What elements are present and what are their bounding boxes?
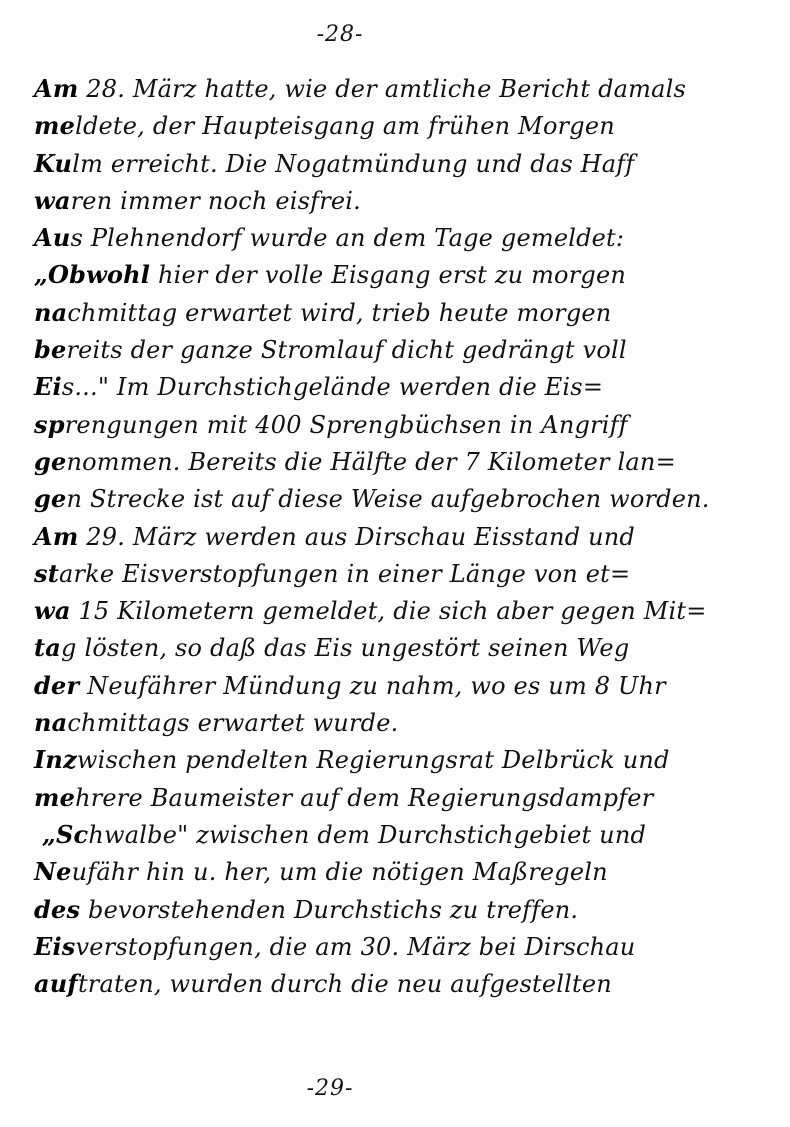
page-number-bottom: -29- <box>0 1076 660 1101</box>
line-lead: „Sc <box>42 820 88 849</box>
line-lead: „Obwohl <box>34 260 150 289</box>
line-lead: wa <box>34 186 71 215</box>
line-text: Neufährer Mündung zu nahm, wo es um 8 Uh… <box>79 672 666 700</box>
text-line: nachmittags erwartet wurde. <box>34 704 754 741</box>
text-line: Kulm erreicht. Die Nogatmündung und das … <box>34 145 754 182</box>
text-line: genommen. Bereits die Hälfte der 7 Kilom… <box>34 443 754 480</box>
text-line: „Schwalbe" zwischen dem Durchstichgebiet… <box>34 816 754 853</box>
text-line: gen Strecke ist auf diese Weise aufgebro… <box>34 480 754 517</box>
line-text: s Plehnendorf wurde an dem Tage gemeldet… <box>70 224 624 252</box>
line-lead: Au <box>34 223 70 252</box>
line-text: hier der volle Eisgang erst zu morgen <box>150 261 626 289</box>
text-line: mehrere Baumeister auf dem Regierungsdam… <box>34 779 754 816</box>
handwritten-text-block: Am 28. März hatte, wie der amtliche Beri… <box>34 70 754 1002</box>
text-line: tag lösten, so daß das Eis ungestört sei… <box>34 629 754 666</box>
text-line: Am 28. März hatte, wie der amtliche Beri… <box>34 70 754 107</box>
line-lead: ge <box>34 484 66 513</box>
line-text: hrere Baumeister auf dem Regierungsdampf… <box>75 784 653 812</box>
line-lead: Am <box>34 74 78 103</box>
text-line: Aus Plehnendorf wurde an dem Tage gemeld… <box>34 219 754 256</box>
text-line: starke Eisverstopfungen in einer Länge v… <box>34 555 754 592</box>
text-line: auftraten, wurden durch die neu aufgeste… <box>34 965 754 1002</box>
text-line: des bevorstehenden Durchstichs zu treffe… <box>34 891 754 928</box>
line-text: wischen pendelten Regierungsrat Delbrück… <box>77 746 670 774</box>
text-line: der Neufährer Mündung zu nahm, wo es um … <box>34 667 754 704</box>
line-lead: na <box>34 708 67 737</box>
line-lead: Am <box>34 522 78 551</box>
line-text: ren immer noch eisfrei. <box>71 187 361 215</box>
line-lead: me <box>34 783 75 812</box>
line-lead: Eis <box>34 932 76 961</box>
text-line: Inzwischen pendelten Regierungsrat Delbr… <box>34 741 754 778</box>
text-line: bereits der ganze Stromlauf dicht gedrän… <box>34 331 754 368</box>
line-text: hwalbe" zwischen dem Durchstichgebiet un… <box>88 821 646 849</box>
line-text: 29. März werden aus Dirschau Eisstand un… <box>78 523 635 551</box>
line-lead: des <box>34 895 80 924</box>
line-lead: wa <box>34 596 71 625</box>
line-text: lm erreicht. Die Nogatmündung und das Ha… <box>72 150 634 178</box>
line-lead: st <box>34 559 59 588</box>
line-text: reits der ganze Stromlauf dicht gedrängt… <box>66 336 626 364</box>
text-line: wa 15 Kilometern gemeldet, die sich aber… <box>34 592 754 629</box>
text-line: meldete, der Haupteisgang am frühen Morg… <box>34 107 754 144</box>
line-text: ufähr hin u. her, um die nötigen Maßrege… <box>72 858 608 886</box>
line-lead: der <box>34 671 79 700</box>
line-text: verstopfungen, die am 30. März bei Dirsc… <box>76 933 636 961</box>
line-lead: Ku <box>34 149 72 178</box>
text-line: sprengungen mit 400 Sprengbüchsen in Ang… <box>34 406 754 443</box>
line-text: g lösten, so daß das Eis ungestört seine… <box>61 634 629 662</box>
line-text: rengungen mit 400 Sprengbüchsen in Angri… <box>65 411 628 439</box>
line-text: chmittag erwartet wird, trieb heute morg… <box>67 299 611 327</box>
text-line: Am 29. März werden aus Dirschau Eisstand… <box>34 518 754 555</box>
text-line: Neufähr hin u. her, um die nötigen Maßre… <box>34 853 754 890</box>
line-text: nommen. Bereits die Hälfte der 7 Kilomet… <box>66 448 675 476</box>
line-text: ldete, der Haupteisgang am frühen Morgen <box>75 112 615 140</box>
line-lead: na <box>34 298 67 327</box>
text-line: Eisverstopfungen, die am 30. März bei Di… <box>34 928 754 965</box>
page-number-top: -28- <box>0 22 680 47</box>
line-lead: sp <box>34 410 65 439</box>
text-line: Eis..." Im Durchstichgelände werden die … <box>34 368 754 405</box>
line-text: n Strecke ist auf diese Weise aufgebroch… <box>66 485 709 513</box>
line-lead: Ei <box>34 372 62 401</box>
line-lead: me <box>34 111 75 140</box>
line-text: arke Eisverstopfungen in einer Länge von… <box>59 560 630 588</box>
line-lead: be <box>34 335 66 364</box>
line-lead: Ne <box>34 857 72 886</box>
manuscript-page: -28- Am 28. März hatte, wie der amtliche… <box>0 0 790 1127</box>
line-text: chmittags erwartet wurde. <box>67 709 398 737</box>
line-lead: ta <box>34 633 61 662</box>
line-text: traten, wurden durch die neu aufgestellt… <box>78 970 612 998</box>
line-lead: auf <box>34 969 78 998</box>
text-line: nachmittag erwartet wird, trieb heute mo… <box>34 294 754 331</box>
line-text: bevorstehenden Durchstichs zu treffen. <box>80 896 578 924</box>
text-line: „Obwohl hier der volle Eisgang erst zu m… <box>34 256 754 293</box>
line-lead: Inz <box>34 745 77 774</box>
line-lead: ge <box>34 447 66 476</box>
line-text: 15 Kilometern gemeldet, die sich aber ge… <box>71 597 707 625</box>
text-line: waren immer noch eisfrei. <box>34 182 754 219</box>
line-text: s..." Im Durchstichgelände werden die Ei… <box>62 373 603 401</box>
line-text: 28. März hatte, wie der amtliche Bericht… <box>78 75 686 103</box>
